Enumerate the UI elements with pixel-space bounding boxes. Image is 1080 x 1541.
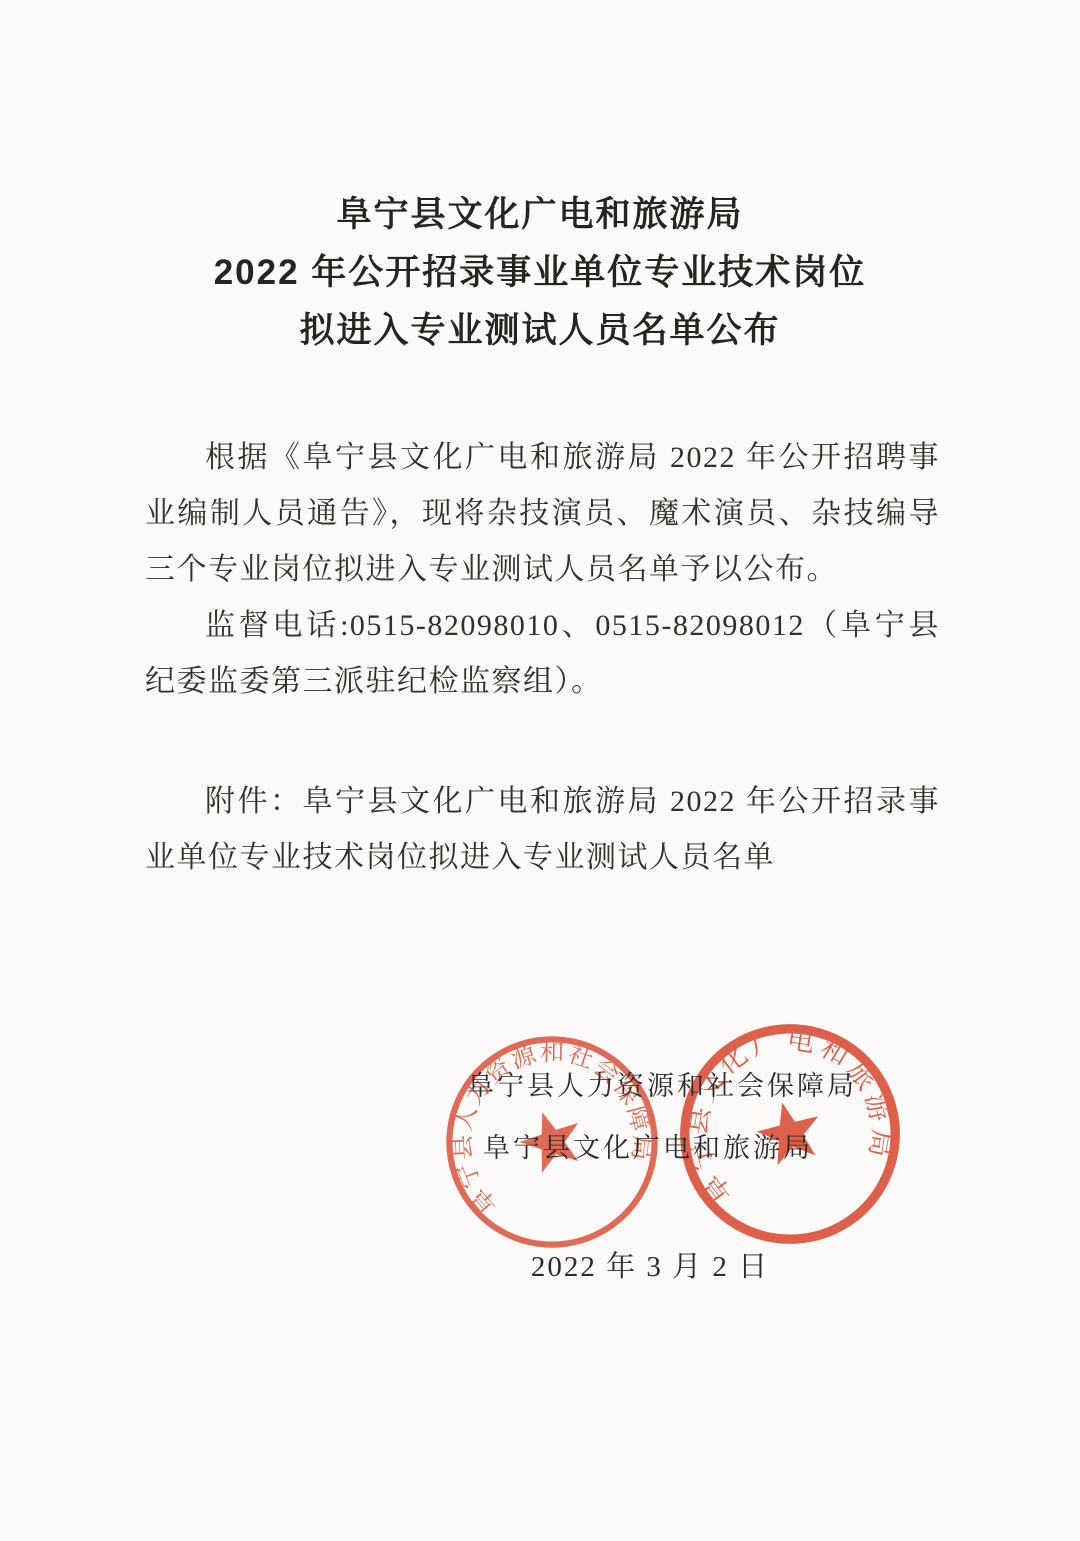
paragraph-basis: 根据《阜宁县文化广电和旅游局 2022 年公开招聘事业编制人员通告》，现将杂技演…	[145, 430, 940, 598]
document-title: 阜宁县文化广电和旅游局 2022 年公开招录事业单位专业技术岗位 拟进入专业测试…	[0, 186, 1080, 360]
signature-date: 2022 年 3 月 2 日	[531, 1244, 769, 1285]
paragraph-attachment: 附件：阜宁县文化广电和旅游局 2022 年公开招录事业单位专业技术岗位拟进入专业…	[145, 774, 940, 886]
document-page: 阜宁县文化广电和旅游局 2022 年公开招录事业单位专业技术岗位 拟进入专业测试…	[0, 0, 1080, 1541]
paragraph-supervision-phone: 监督电话:0515-82098010、0515-82098012（阜宁县纪委监委…	[145, 598, 940, 710]
title-line-2: 2022 年公开招录事业单位专业技术岗位	[0, 244, 1080, 302]
document-body: 根据《阜宁县文化广电和旅游局 2022 年公开招聘事业编制人员通告》，现将杂技演…	[145, 430, 940, 886]
title-line-1: 阜宁县文化广电和旅游局	[0, 186, 1080, 244]
title-line-3: 拟进入专业测试人员名单公布	[0, 302, 1080, 360]
signature-org-hr: 阜宁县人力资源和社会保障局	[467, 1064, 857, 1103]
signature-org-culture: 阜宁县文化广电和旅游局	[483, 1126, 813, 1165]
